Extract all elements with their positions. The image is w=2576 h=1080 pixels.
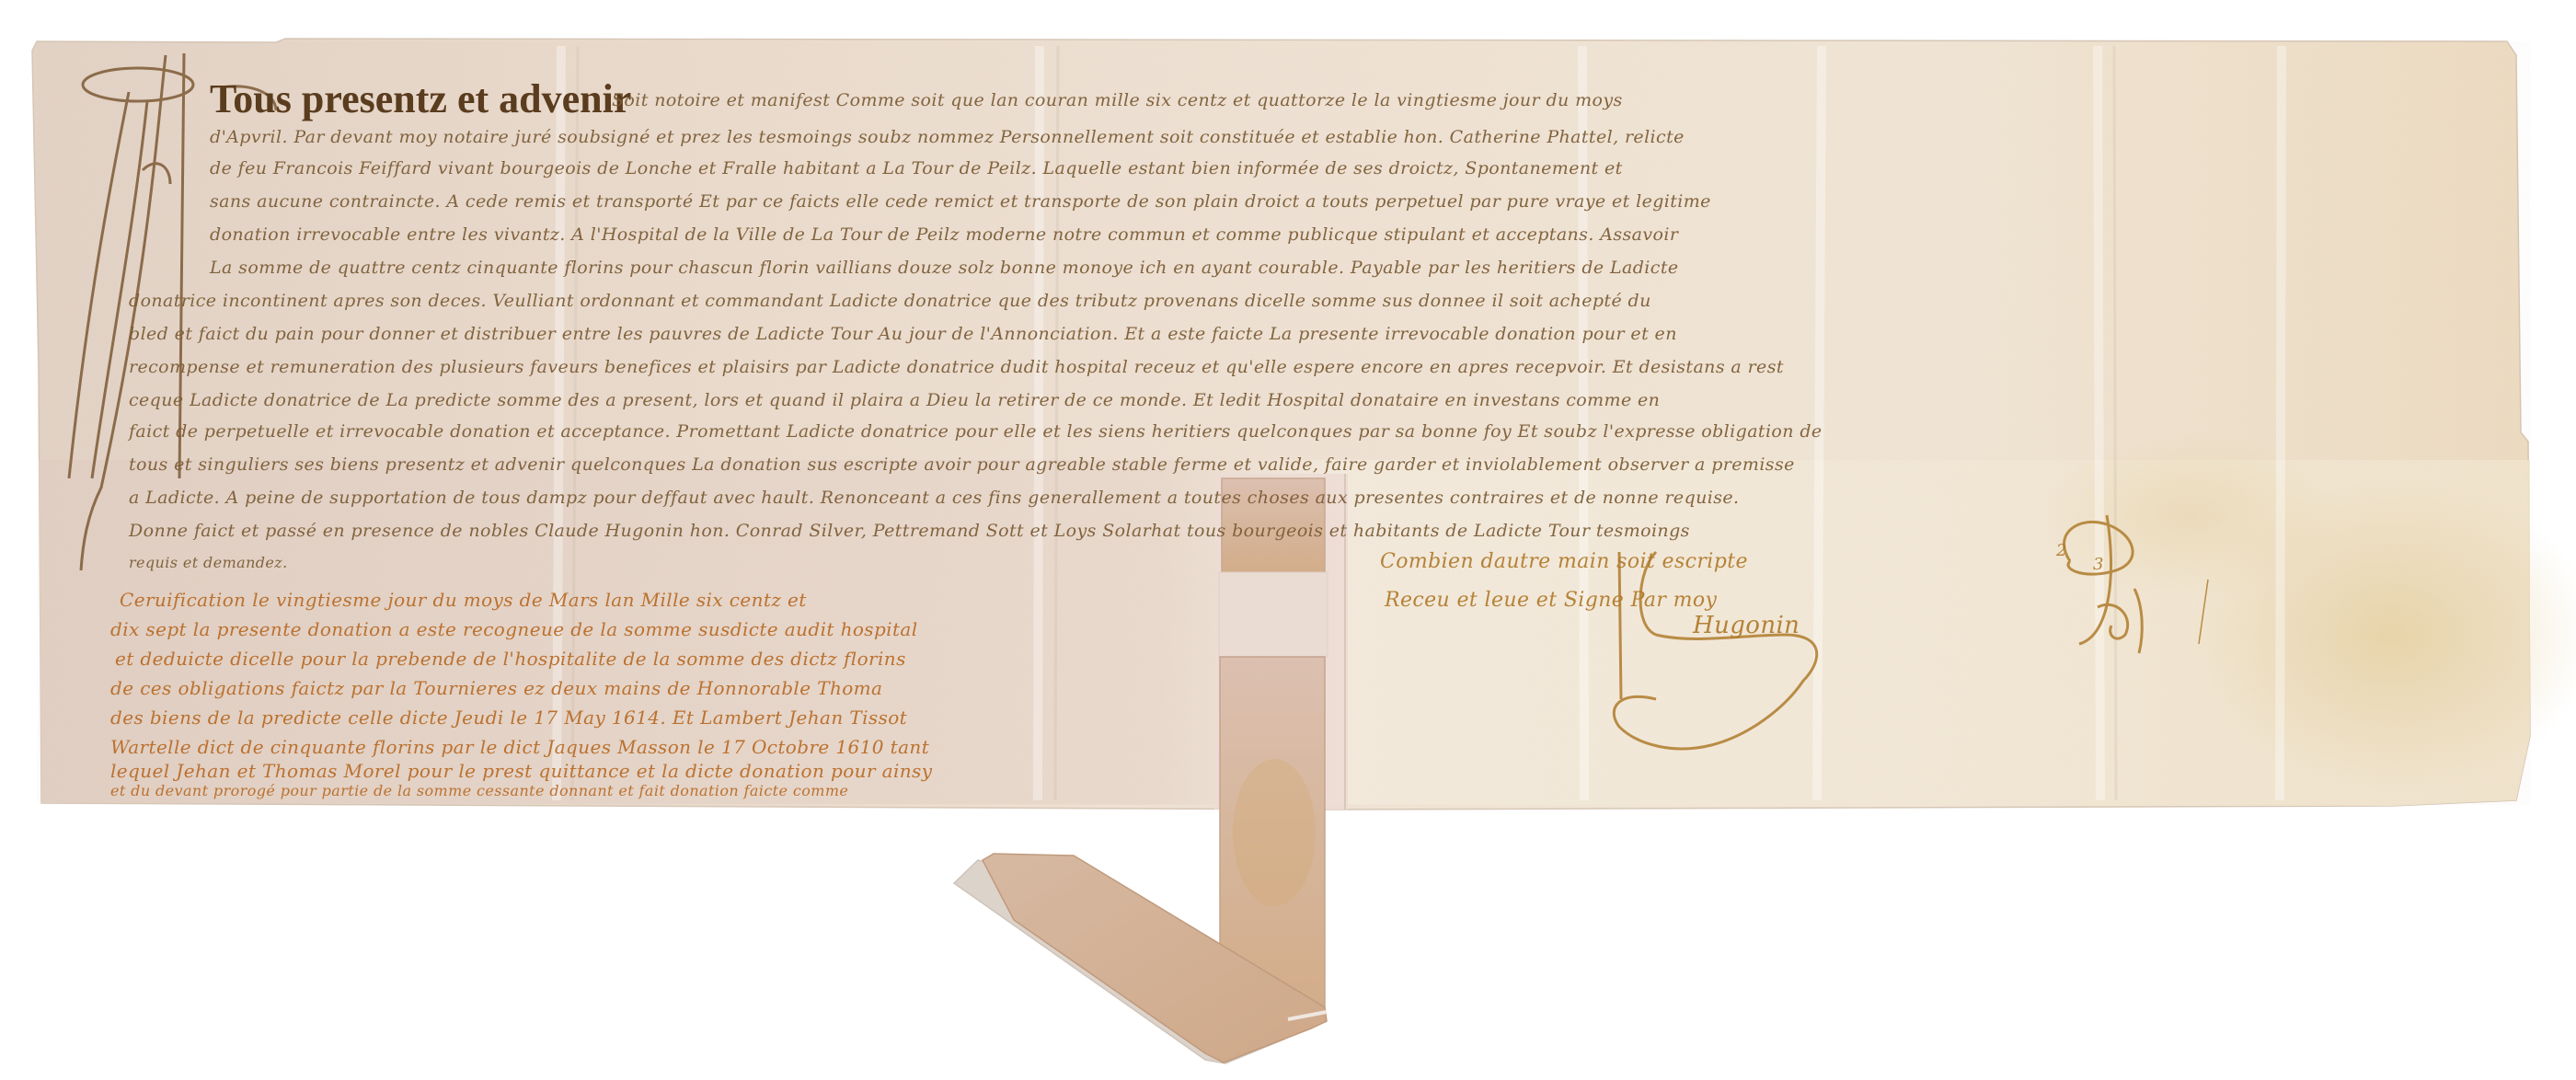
annotation-line-6: Wartelle dict de cinquante florins par l… — [110, 736, 929, 758]
notary-signature: Hugonin — [1693, 612, 1800, 639]
document-text: Tous presentz et advenir Soit notoire et… — [0, 0, 2576, 1080]
document-headline: Tous presentz et advenir — [210, 75, 631, 122]
annotation-line-1: Ceruification le vingtiesme jour du moys… — [120, 589, 807, 611]
text-line-6: La somme de quattre centz cinquante flor… — [210, 258, 1679, 278]
text-line-1: Soit notoire et manifest Comme soit que … — [612, 90, 1623, 110]
manuscript-stage: Tous presentz et advenir Soit notoire et… — [0, 0, 2576, 1080]
notary-line-1: Combien dautre main soit escripte — [1380, 550, 1748, 573]
annotation-line-4: de ces obligations faictz par la Tournie… — [110, 677, 882, 699]
notary-line-2: Receu et leue et Signe Par moy — [1385, 589, 1717, 612]
text-line-5: donation irrevocable entre les vivantz. … — [210, 224, 1678, 245]
text-line-9: recompense et remuneration des plusieurs… — [129, 357, 1784, 377]
text-line-3: de feu Francois Feiffard vivant bourgeoi… — [210, 158, 1623, 178]
annotation-line-3: et deduicte dicelle pour la prebende de … — [115, 648, 906, 670]
annotation-line-2: dix sept la presente donation a este rec… — [110, 618, 918, 640]
text-line-13: a Ladicte. A peine de supportation de to… — [129, 488, 1739, 508]
text-line-2: d'Apvril. Par devant moy notaire juré so… — [210, 127, 1685, 147]
paraph-mark-2: 3 — [2093, 555, 2104, 574]
annotation-line-5: des biens de la predicte celle dicte Jeu… — [110, 707, 907, 729]
text-line-7: donatrice incontinent apres son deces. V… — [129, 291, 1651, 311]
text-line-15: requis et demandez. — [129, 554, 288, 571]
text-line-4: sans aucune contraincte. A cede remis et… — [210, 191, 1711, 212]
text-line-11: faict de perpetuelle et irrevocable dona… — [129, 421, 1823, 442]
text-line-14: Donne faict et passé en presence de nobl… — [129, 521, 1690, 541]
text-line-10: ceque Ladicte donatrice de La predicte s… — [129, 390, 1660, 410]
annotation-line-8: et du devant prorogé pour partie de la s… — [110, 782, 848, 799]
text-line-8: bled et faict du pain pour donner et dis… — [129, 324, 1677, 344]
paraph-mark-1: 2 — [2056, 541, 2067, 560]
text-line-12: tous et singuliers ses biens presentz et… — [129, 454, 1795, 475]
annotation-line-7: lequel Jehan et Thomas Morel pour le pre… — [110, 760, 932, 782]
